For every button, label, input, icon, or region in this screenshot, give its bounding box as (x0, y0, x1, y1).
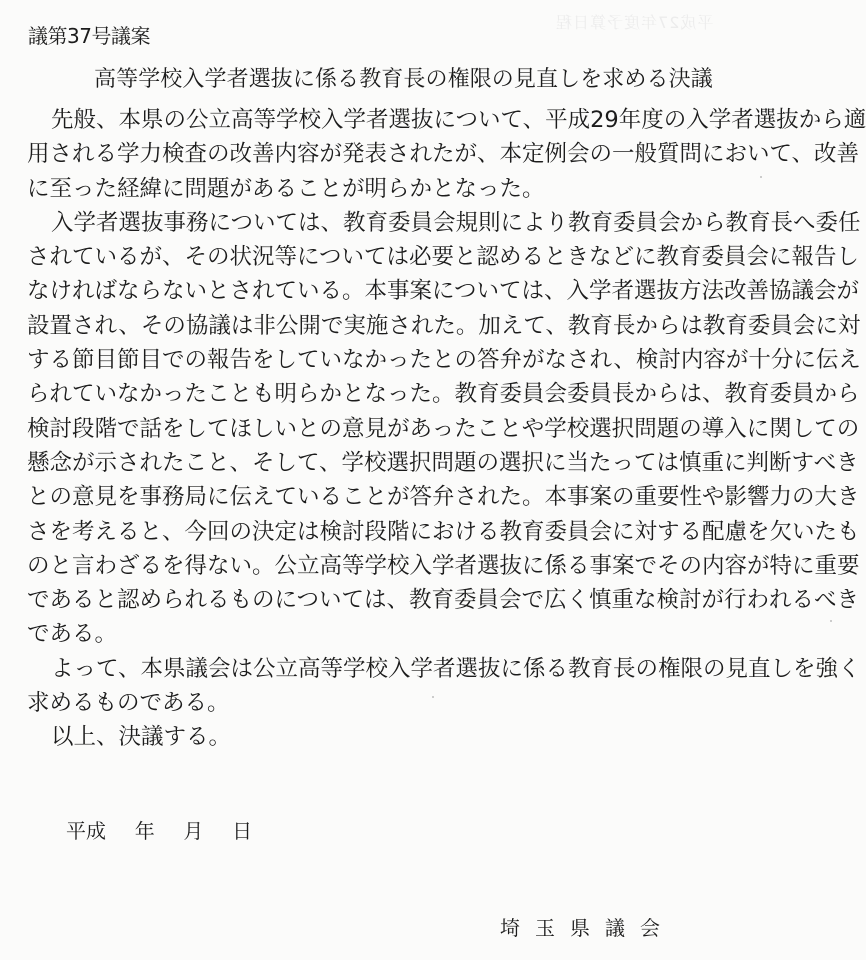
body-line: する節目節目での報告をしていなかったとの答弁がなされ、検討内容が十分に伝え (27, 343, 833, 377)
body-line: である。 (27, 617, 833, 651)
body-line: のと言わざるを得ない。公立高等学校入学者選抜に係る事案でその内容が特に重要 (27, 549, 833, 583)
body-line: 懸念が示されたこと、そして、学校選択問題の選択に当たっては慎重に判断すべき (27, 446, 833, 480)
body-line: されているが、その状況等については必要と認めるときなどに教育委員会に報告し (27, 240, 833, 274)
resolution-title: 高等学校入学者選抜に係る教育長の権限の見直しを求める決議 (94, 62, 713, 93)
scan-speck (830, 620, 832, 622)
bill-number: 議第37号議案 (28, 20, 150, 49)
document-page: 平成27年度予算日程 議第37号議案 高等学校入学者選抜に係る教育長の権限の見直… (0, 0, 866, 960)
body-line: であると認められるものについては、教育委員会で広く慎重な検討が行われるべき (27, 583, 833, 617)
resolution-body: 先般、本県の公立高等学校入学者選抜について、平成29年度の入学者選抜から適 用さ… (27, 103, 833, 755)
resolution-date: 平成 年 月 日 (66, 815, 252, 844)
body-line: られていなかったことも明らかとなった。教育委員会委員長からは、教育委員から (27, 377, 833, 411)
body-line: に至った経緯に問題があることが明らかとなった。 (27, 172, 833, 206)
scan-speck (432, 696, 434, 698)
body-line: 設置され、その協議は非公開で実施された。加えて、教育長からは教育委員会に対 (27, 309, 833, 343)
body-line: 以上、決議する。 (27, 720, 833, 754)
body-line: 求めるものである。 (27, 686, 833, 720)
body-line: よって、本県議会は公立高等学校入学者選抜に係る教育長の権限の見直しを強く (27, 652, 833, 686)
body-line: 検討段階で話をしてほしいとの意見があったことや学校選択問題の導入に関しての (27, 412, 833, 446)
bleed-through-text: 平成27年度予算日程 (555, 10, 713, 33)
body-line: なければならないとされている。本事案については、入学者選抜方法改善協議会が (27, 274, 833, 308)
body-line: 先般、本県の公立高等学校入学者選抜について、平成29年度の入学者選抜から適 (27, 103, 833, 137)
body-line: さを考えると、今回の決定は検討段階における教育委員会に対する配慮を欠いたも (27, 515, 833, 549)
body-line: との意見を事務局に伝えていることが答弁された。本事案の重要性や影響力の大き (27, 480, 833, 514)
body-line: 用される学力検査の改善内容が発表されたが、本定例会の一般質問において、改善 (27, 137, 833, 171)
signer-name: 埼玉県議会 (500, 912, 675, 941)
body-line: 入学者選抜事務については、教育委員会規則により教育委員会から教育長へ委任 (27, 206, 833, 240)
scan-speck (760, 176, 762, 178)
